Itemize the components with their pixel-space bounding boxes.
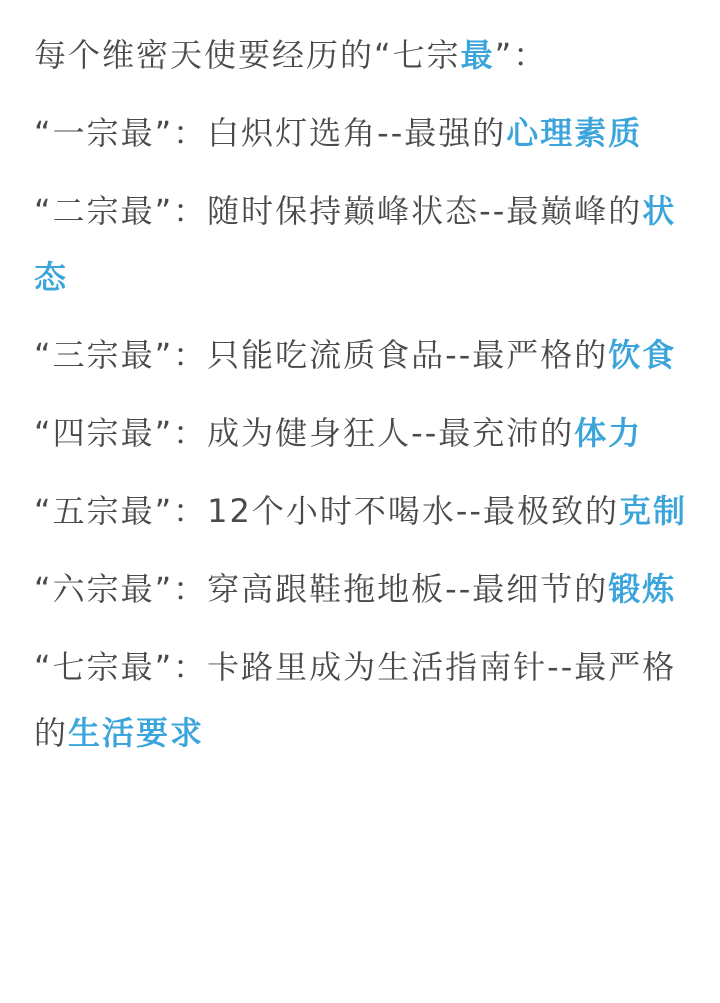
accent-text-segment: 克制 <box>619 492 687 530</box>
accent-text-segment: 体力 <box>574 414 642 452</box>
paragraph: “三宗最”：只能吃流质食品--最严格的饮食 <box>34 322 690 388</box>
accent-text-segment: 锻炼 <box>608 570 676 608</box>
text-segment: ”： <box>495 36 548 74</box>
text-segment: “五宗最”：12个小时不喝水--最极致的 <box>34 492 619 530</box>
text-segment: “二宗最”：随时保持巅峰状态--最巅峰的 <box>34 192 642 230</box>
document-page: 每个维密天使要经历的“七宗最”：“一宗最”：白炽灯选角--最强的心理素质“二宗最… <box>0 0 720 1003</box>
paragraph: “五宗最”：12个小时不喝水--最极致的克制 <box>34 478 690 544</box>
paragraph: “一宗最”：白炽灯选角--最强的心理素质 <box>34 100 690 166</box>
paragraph: 每个维密天使要经历的“七宗最”： <box>34 22 690 88</box>
paragraph: “七宗最”：卡路里成为生活指南针--最严格的生活要求 <box>34 634 690 766</box>
paragraph: “六宗最”：穿高跟鞋拖地板--最细节的锻炼 <box>34 556 690 622</box>
paragraph: “二宗最”：随时保持巅峰状态--最巅峰的状态 <box>34 178 690 310</box>
text-segment: “一宗最”：白炽灯选角--最强的 <box>34 114 506 152</box>
text-body: 每个维密天使要经历的“七宗最”：“一宗最”：白炽灯选角--最强的心理素质“二宗最… <box>34 22 690 766</box>
text-segment: “三宗最”：只能吃流质食品--最严格的 <box>34 336 608 374</box>
accent-text-segment: 生活要求 <box>68 714 204 752</box>
accent-text-segment: 心理素质 <box>506 114 642 152</box>
text-segment: 每个维密天使要经历的“七宗 <box>34 36 461 74</box>
accent-text-segment: 饮食 <box>608 336 676 374</box>
text-segment: “六宗最”：穿高跟鞋拖地板--最细节的 <box>34 570 608 608</box>
text-segment: “四宗最”：成为健身狂人--最充沛的 <box>34 414 574 452</box>
paragraph: “四宗最”：成为健身狂人--最充沛的体力 <box>34 400 690 466</box>
accent-text-segment: 最 <box>461 36 495 74</box>
